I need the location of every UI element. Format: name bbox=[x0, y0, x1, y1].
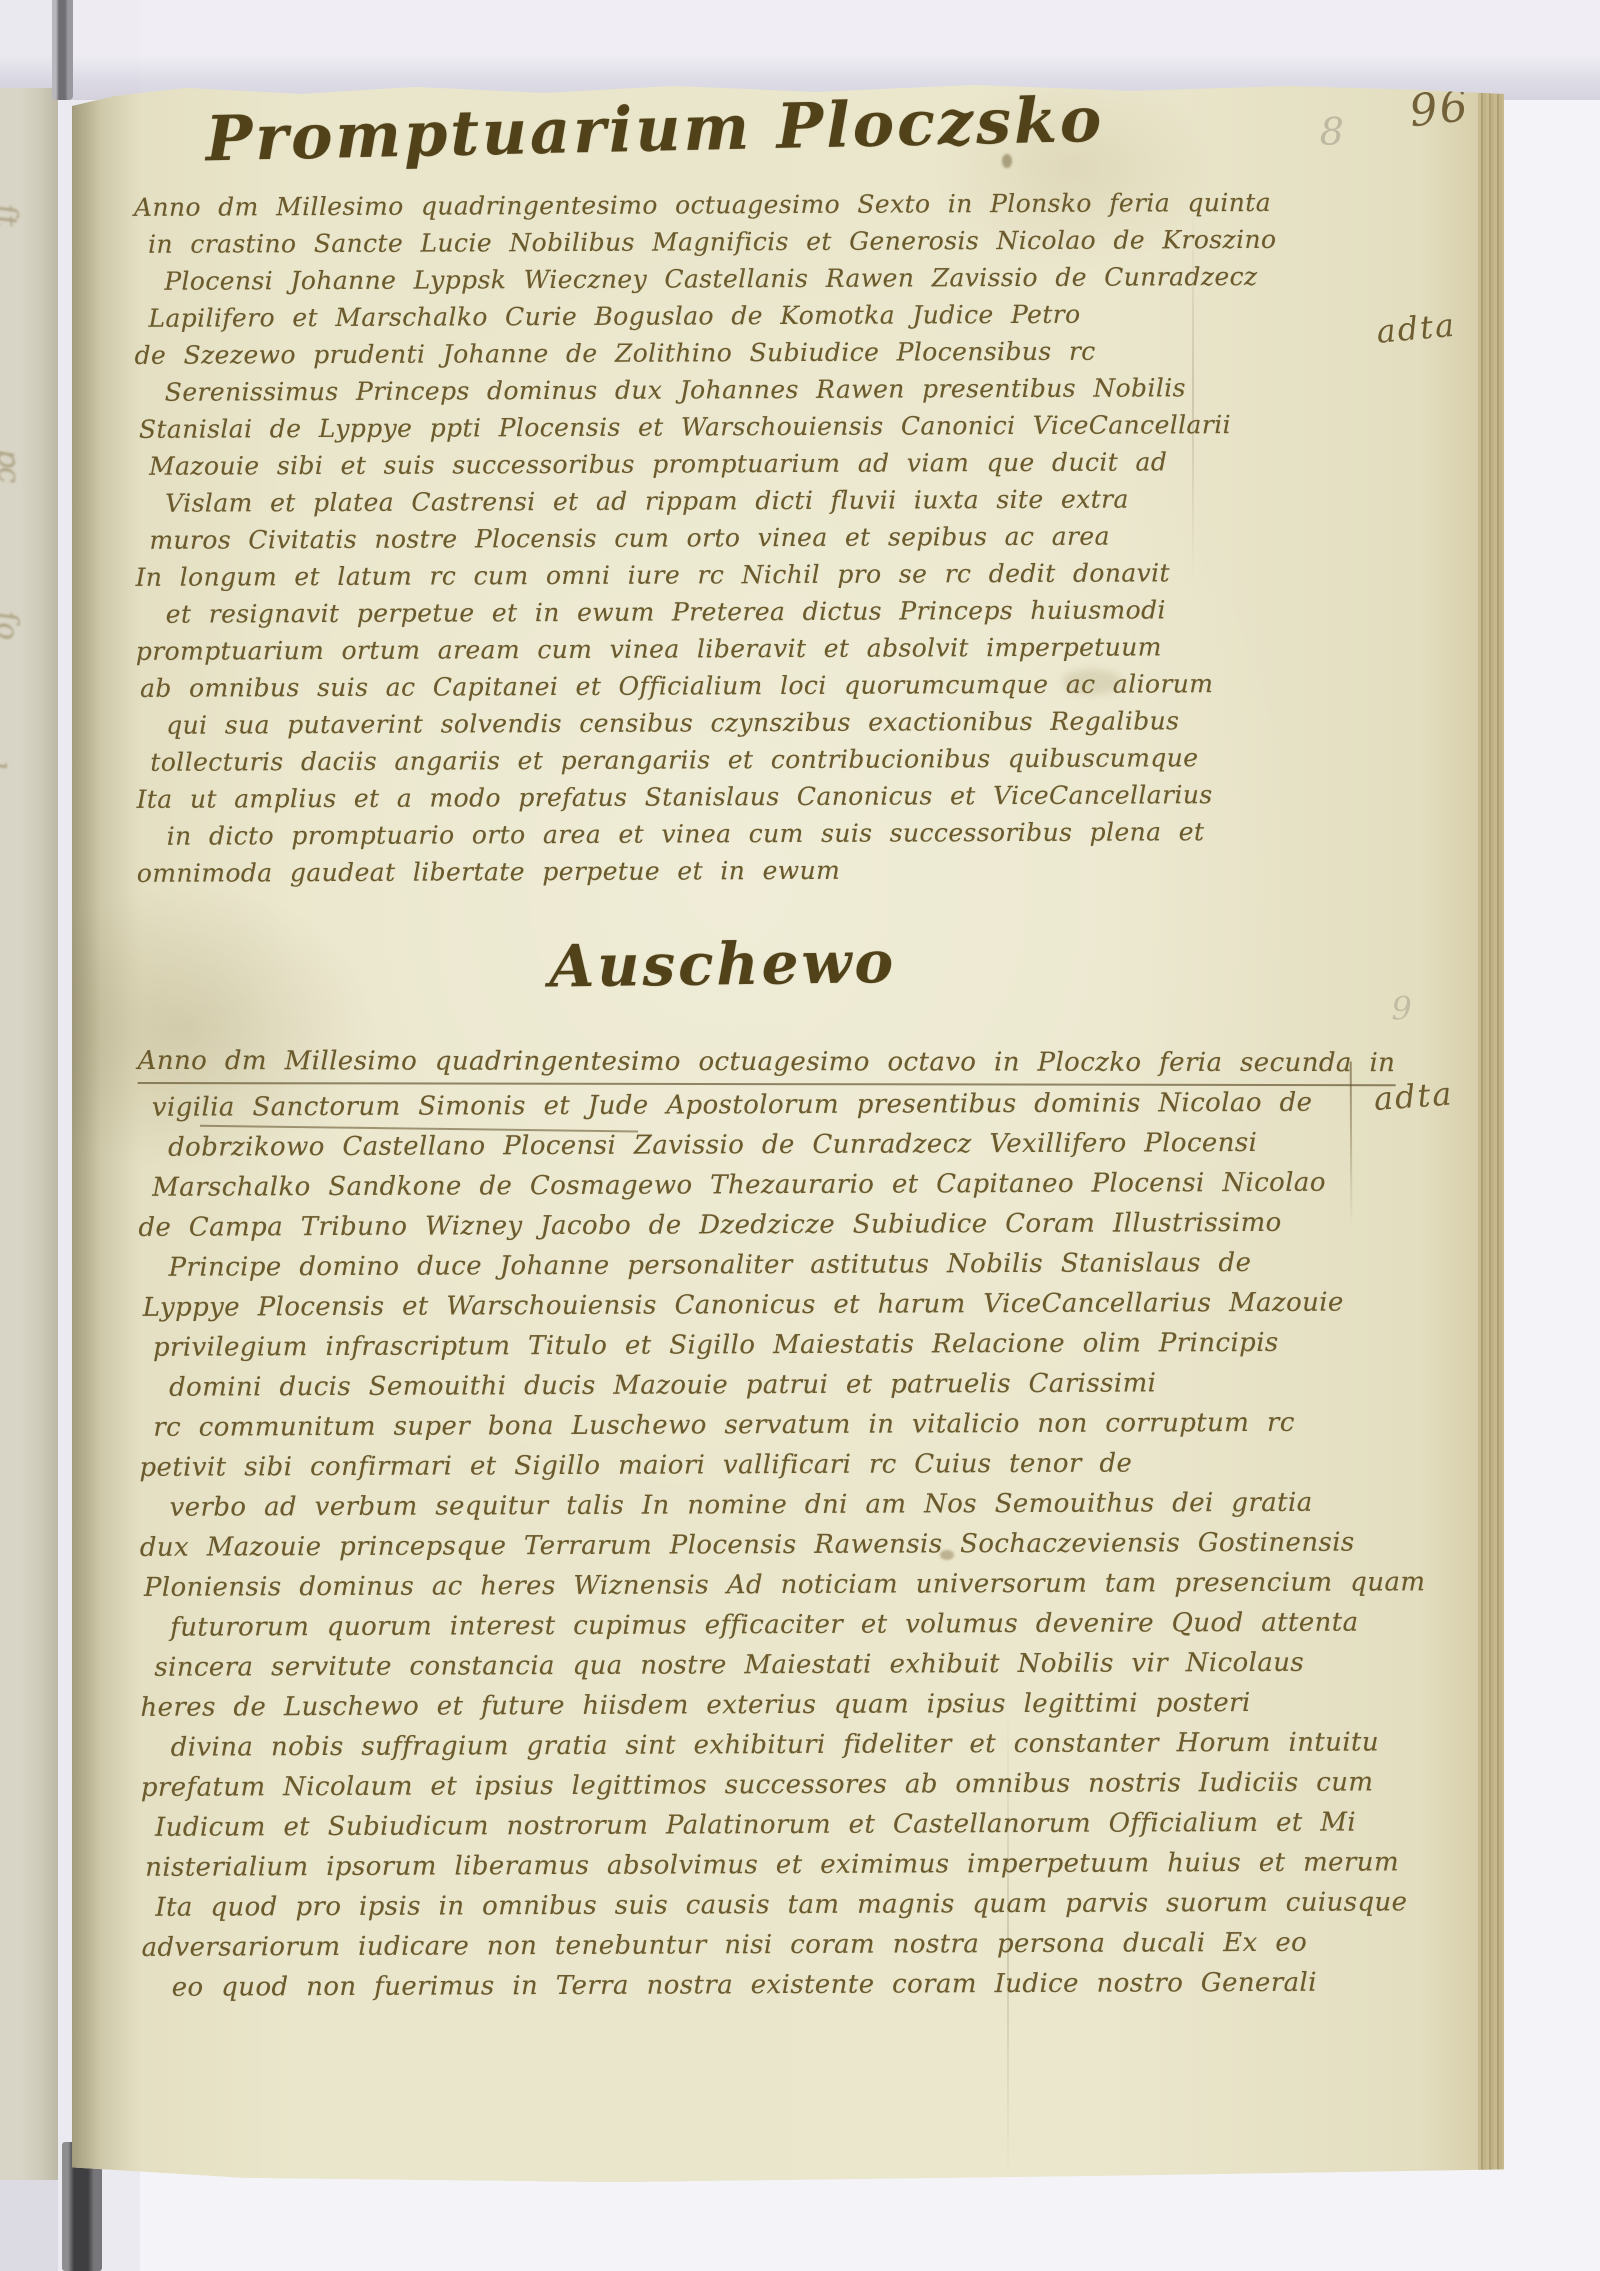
text-line: dobrzikowo Castellano Plocensi Zavissio … bbox=[168, 1123, 1318, 1168]
text-line: Lapilifero et Marschalko Curie Boguslao … bbox=[148, 295, 1314, 337]
text-line: ab omnibus suis ac Capitanei et Official… bbox=[140, 665, 1316, 707]
text-line: Lyppye Plocensis et Warschouiensis Canon… bbox=[143, 1283, 1319, 1328]
entry-body-auschewo: Anno dm Millesimo quadringentesimo octua… bbox=[138, 1040, 1322, 2008]
text-line: Plocensi Johanne Lyppsk Wieczney Castell… bbox=[164, 258, 1314, 300]
text-line: vigilia Sanctorum Simonis et Jude Aposto… bbox=[152, 1083, 1318, 1128]
bleed-through-text: ꝑc bbox=[0, 446, 27, 484]
text-line: et resignavit perpetue et in ewum Preter… bbox=[166, 591, 1316, 633]
text-line: promptuarium ortum aream cum vinea liber… bbox=[136, 628, 1316, 670]
text-line: dux Mazouie princepsque Terrarum Plocens… bbox=[140, 1523, 1320, 1568]
text-line: Ita quod pro ipsis in omnibus suis causi… bbox=[155, 1883, 1321, 1928]
text-line: Stanislai de Lyppye ppti Plocensis et Wa… bbox=[139, 406, 1315, 448]
margin-note-adta-1: adta bbox=[1375, 306, 1458, 351]
text-line: eo quod non fuerimus in Terra nostra exi… bbox=[172, 1963, 1322, 2008]
text-line: heres de Luschewo et future hiisdem exte… bbox=[140, 1683, 1320, 1728]
text-line: qui sua putaverint solvendis censibus cz… bbox=[166, 702, 1316, 744]
parchment-page: 96 8 9 Promptuarium Ploczsko Anno dm Mil… bbox=[72, 84, 1504, 2182]
entry-heading-promptuarium: Promptuarium Ploczsko bbox=[205, 83, 1105, 176]
text-line: tollecturis daciis angariis et perangari… bbox=[150, 739, 1316, 781]
text-line: muros Civitatis nostre Plocensis cum ort… bbox=[149, 517, 1315, 559]
text-line: sincera servitute constancia qua nostre … bbox=[154, 1643, 1320, 1688]
text-line: Iudicum et Subiudicum nostrorum Palatino… bbox=[155, 1803, 1321, 1848]
entry-heading-auschewo: Auschewo bbox=[549, 928, 897, 1001]
pencil-mark-margin: 9 bbox=[1391, 989, 1412, 1027]
text-line: prefatum Nicolaum et ipsius legittimos s… bbox=[141, 1763, 1321, 1808]
text-line: de Campa Tribuno Wizney Jacobo de Dzedzi… bbox=[138, 1203, 1318, 1248]
text-line: divina nobis suffragium gratia sint exhi… bbox=[171, 1723, 1321, 1768]
entry-body-promptuarium: Anno dm Millesimo quadringentesimo octua… bbox=[134, 184, 1317, 892]
text-line: in dicto promptuario orto area et vinea … bbox=[167, 813, 1317, 855]
text-line: de Szezewo prudenti Johanne de Zolithino… bbox=[135, 332, 1315, 374]
text-line: in crastino Sancte Lucie Nobilibus Magni… bbox=[148, 221, 1314, 263]
previous-folio-edge: ſt ꝑc ſo ı bbox=[0, 88, 58, 2180]
scan-background-shadow bbox=[0, 0, 1600, 100]
text-line: Principe domino duce Johanne personalite… bbox=[168, 1243, 1318, 1288]
text-line: Mazouie sibi et suis successoribus promp… bbox=[149, 443, 1315, 485]
pencil-mark-top: 8 bbox=[1320, 110, 1344, 154]
text-line: nisterialium ipsorum liberamus absolvimu… bbox=[145, 1843, 1321, 1888]
text-line: rc communitum super bona Luschewo servat… bbox=[153, 1403, 1319, 1448]
text-line: omnimoda gaudeat libertate perpetue et i… bbox=[137, 850, 1317, 892]
text-line: Ita ut amplius et a modo prefatus Stanis… bbox=[136, 776, 1316, 818]
text-line: In longum et latum rc cum omni iure rc N… bbox=[135, 554, 1315, 596]
manuscript-scan: ſt ꝑc ſo ı 96 8 9 Promptuarium Ploczsko … bbox=[0, 0, 1600, 2271]
bleed-through-text: ſt bbox=[0, 203, 24, 229]
margin-bracket-line bbox=[1350, 1062, 1353, 1227]
text-line: petivit sibi confirmari et Sigillo maior… bbox=[139, 1443, 1319, 1488]
text-line: verbo ad verbum sequitur talis In nomine… bbox=[170, 1483, 1320, 1528]
text-line: adversariorum iudicare non tenebuntur ni… bbox=[141, 1923, 1321, 1968]
binding-rod-top bbox=[52, 0, 73, 100]
text-line: domini ducis Semouithi ducis Mazouie pat… bbox=[169, 1363, 1319, 1408]
text-line: Ploniensis dominus ac heres Wiznensis Ad… bbox=[144, 1563, 1320, 1608]
text-line: Marschalko Sandkone de Cosmagewo Thezaur… bbox=[152, 1163, 1318, 1208]
bleed-through-text: ı bbox=[0, 759, 19, 771]
text-line: Anno dm Millesimo quadringentesimo octua… bbox=[138, 1041, 1396, 1086]
bleed-through-text: ſo bbox=[0, 610, 25, 642]
text-line: Anno dm Millesimo quadringentesimo octua… bbox=[134, 184, 1314, 226]
text-line: Serenissimus Princeps dominus dux Johann… bbox=[165, 369, 1315, 411]
text-line: futurorum quorum interest cupimus effica… bbox=[170, 1603, 1320, 1648]
text-line: privilegium infrascriptum Titulo et Sigi… bbox=[153, 1323, 1319, 1368]
page-content: 96 8 9 Promptuarium Ploczsko Anno dm Mil… bbox=[67, 81, 1508, 2185]
text-line: Vislam et platea Castrensi et ad rippam … bbox=[165, 480, 1315, 522]
margin-note-adta-2: adta bbox=[1373, 1074, 1455, 1118]
